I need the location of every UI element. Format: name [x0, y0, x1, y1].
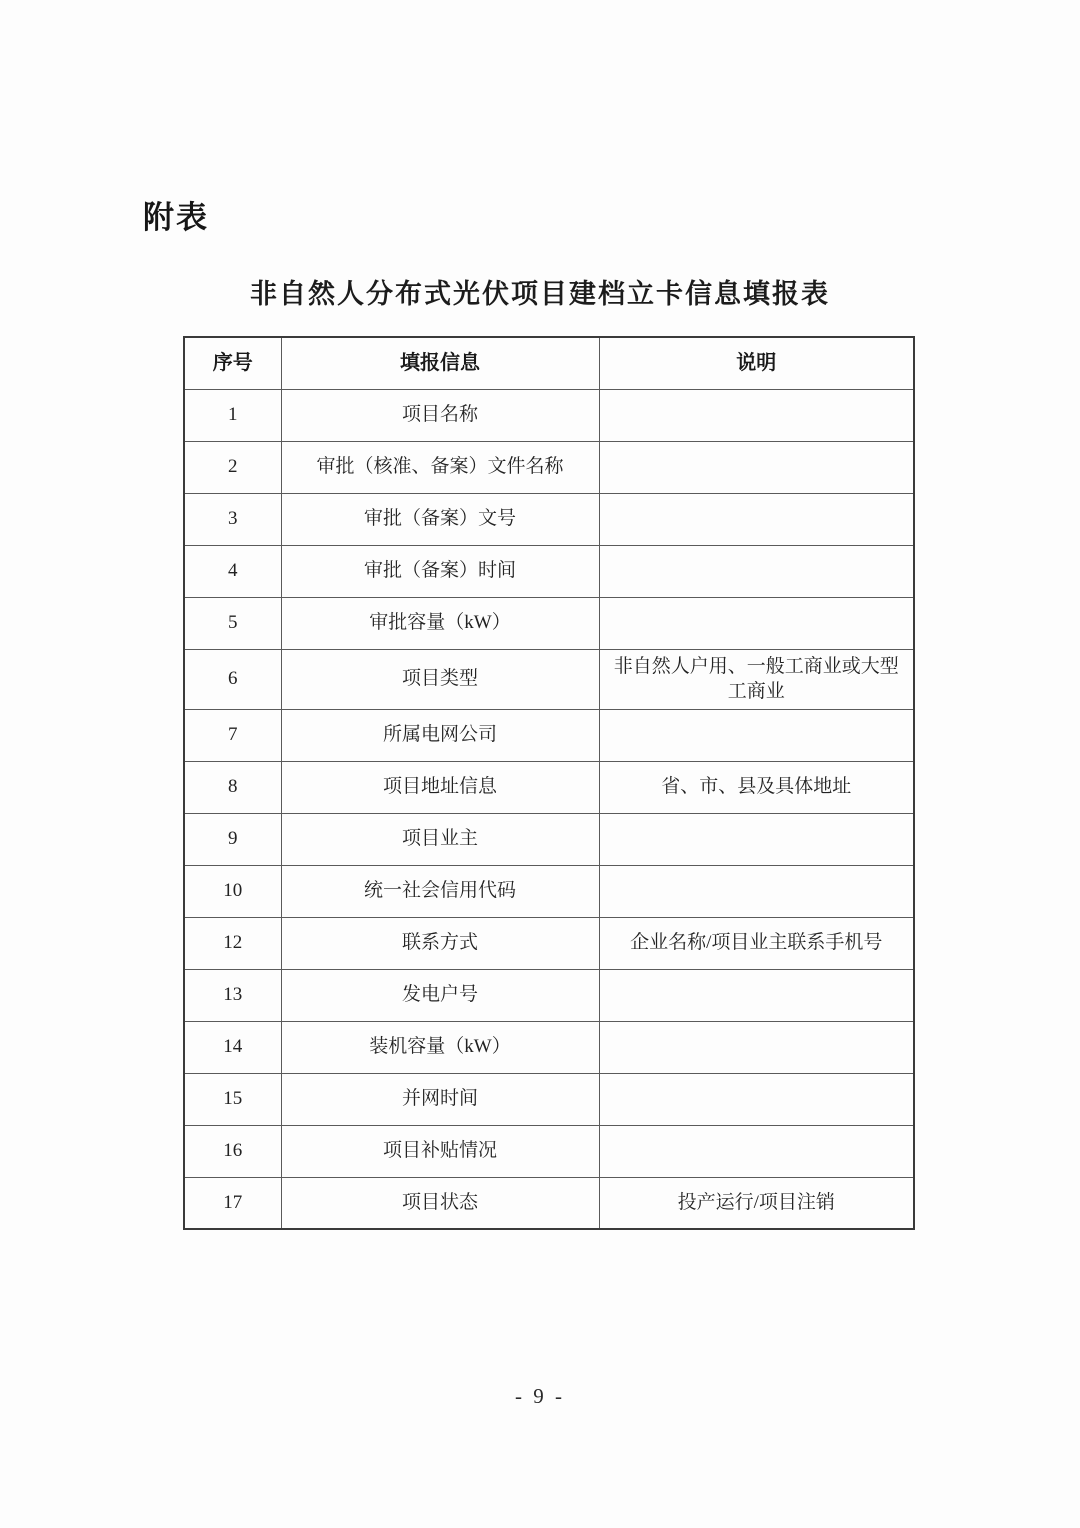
report-info-cell: 审批（核准、备案）文件名称 [281, 441, 599, 493]
row-number-cell: 1 [184, 389, 281, 441]
table-row: 1项目名称 [184, 389, 914, 441]
page-number: - 9 - [0, 1384, 1080, 1409]
row-number-cell: 14 [184, 1021, 281, 1073]
row-number-cell: 13 [184, 969, 281, 1021]
table-row: 5审批容量（kW） [184, 597, 914, 649]
report-info-cell: 统一社会信用代码 [281, 865, 599, 917]
description-cell [599, 389, 914, 441]
table-row: 6项目类型非自然人户用、一般工商业或大型工商业 [184, 649, 914, 709]
table-row: 16项目补贴情况 [184, 1125, 914, 1177]
description-cell [599, 493, 914, 545]
row-number-cell: 4 [184, 545, 281, 597]
table-row: 14装机容量（kW） [184, 1021, 914, 1073]
description-cell [599, 865, 914, 917]
report-info-cell: 并网时间 [281, 1073, 599, 1125]
row-number-cell: 16 [184, 1125, 281, 1177]
row-number-cell: 15 [184, 1073, 281, 1125]
table-row: 12联系方式企业名称/项目业主联系手机号 [184, 917, 914, 969]
appendix-label: 附表 [143, 192, 209, 237]
description-cell [599, 813, 914, 865]
table-row: 13发电户号 [184, 969, 914, 1021]
description-cell [599, 969, 914, 1021]
row-number-cell: 5 [184, 597, 281, 649]
report-info-cell: 所属电网公司 [281, 709, 599, 761]
report-info-cell: 项目补贴情况 [281, 1125, 599, 1177]
row-number-cell: 17 [184, 1177, 281, 1229]
table-row: 8项目地址信息省、市、县及具体地址 [184, 761, 914, 813]
report-info-cell: 项目名称 [281, 389, 599, 441]
row-number-cell: 10 [184, 865, 281, 917]
table-row: 4审批（备案）时间 [184, 545, 914, 597]
page-title: 非自然人分布式光伏项目建档立卡信息填报表 [0, 272, 1080, 311]
row-number-cell: 8 [184, 761, 281, 813]
table-row: 15并网时间 [184, 1073, 914, 1125]
column-header: 填报信息 [281, 337, 599, 389]
description-cell: 省、市、县及具体地址 [599, 761, 914, 813]
row-number-cell: 6 [184, 649, 281, 709]
table-row: 7所属电网公司 [184, 709, 914, 761]
report-info-cell: 项目状态 [281, 1177, 599, 1229]
description-cell [599, 1073, 914, 1125]
description-cell: 非自然人户用、一般工商业或大型工商业 [599, 649, 914, 709]
report-info-cell: 项目地址信息 [281, 761, 599, 813]
row-number-cell: 12 [184, 917, 281, 969]
description-cell [599, 709, 914, 761]
report-info-cell: 装机容量（kW） [281, 1021, 599, 1073]
table-row: 10统一社会信用代码 [184, 865, 914, 917]
report-info-cell: 审批（备案）文号 [281, 493, 599, 545]
table-header-row: 序号填报信息说明 [184, 337, 914, 389]
description-cell [599, 545, 914, 597]
column-header: 说明 [599, 337, 914, 389]
description-cell [599, 441, 914, 493]
row-number-cell: 7 [184, 709, 281, 761]
row-number-cell: 3 [184, 493, 281, 545]
report-info-cell: 项目类型 [281, 649, 599, 709]
info-table: 序号填报信息说明 1项目名称2审批（核准、备案）文件名称3审批（备案）文号4审批… [183, 336, 915, 1230]
description-cell: 投产运行/项目注销 [599, 1177, 914, 1229]
report-info-cell: 项目业主 [281, 813, 599, 865]
table-row: 17项目状态投产运行/项目注销 [184, 1177, 914, 1229]
description-cell [599, 1021, 914, 1073]
column-header: 序号 [184, 337, 281, 389]
row-number-cell: 2 [184, 441, 281, 493]
report-info-cell: 审批容量（kW） [281, 597, 599, 649]
report-info-cell: 审批（备案）时间 [281, 545, 599, 597]
table-row: 2审批（核准、备案）文件名称 [184, 441, 914, 493]
table-row: 3审批（备案）文号 [184, 493, 914, 545]
table-row: 9项目业主 [184, 813, 914, 865]
row-number-cell: 9 [184, 813, 281, 865]
report-info-cell: 联系方式 [281, 917, 599, 969]
report-info-cell: 发电户号 [281, 969, 599, 1021]
document-page: 附表 非自然人分布式光伏项目建档立卡信息填报表 序号填报信息说明 1项目名称2审… [0, 0, 1080, 1528]
description-cell [599, 1125, 914, 1177]
description-cell: 企业名称/项目业主联系手机号 [599, 917, 914, 969]
description-cell [599, 597, 914, 649]
